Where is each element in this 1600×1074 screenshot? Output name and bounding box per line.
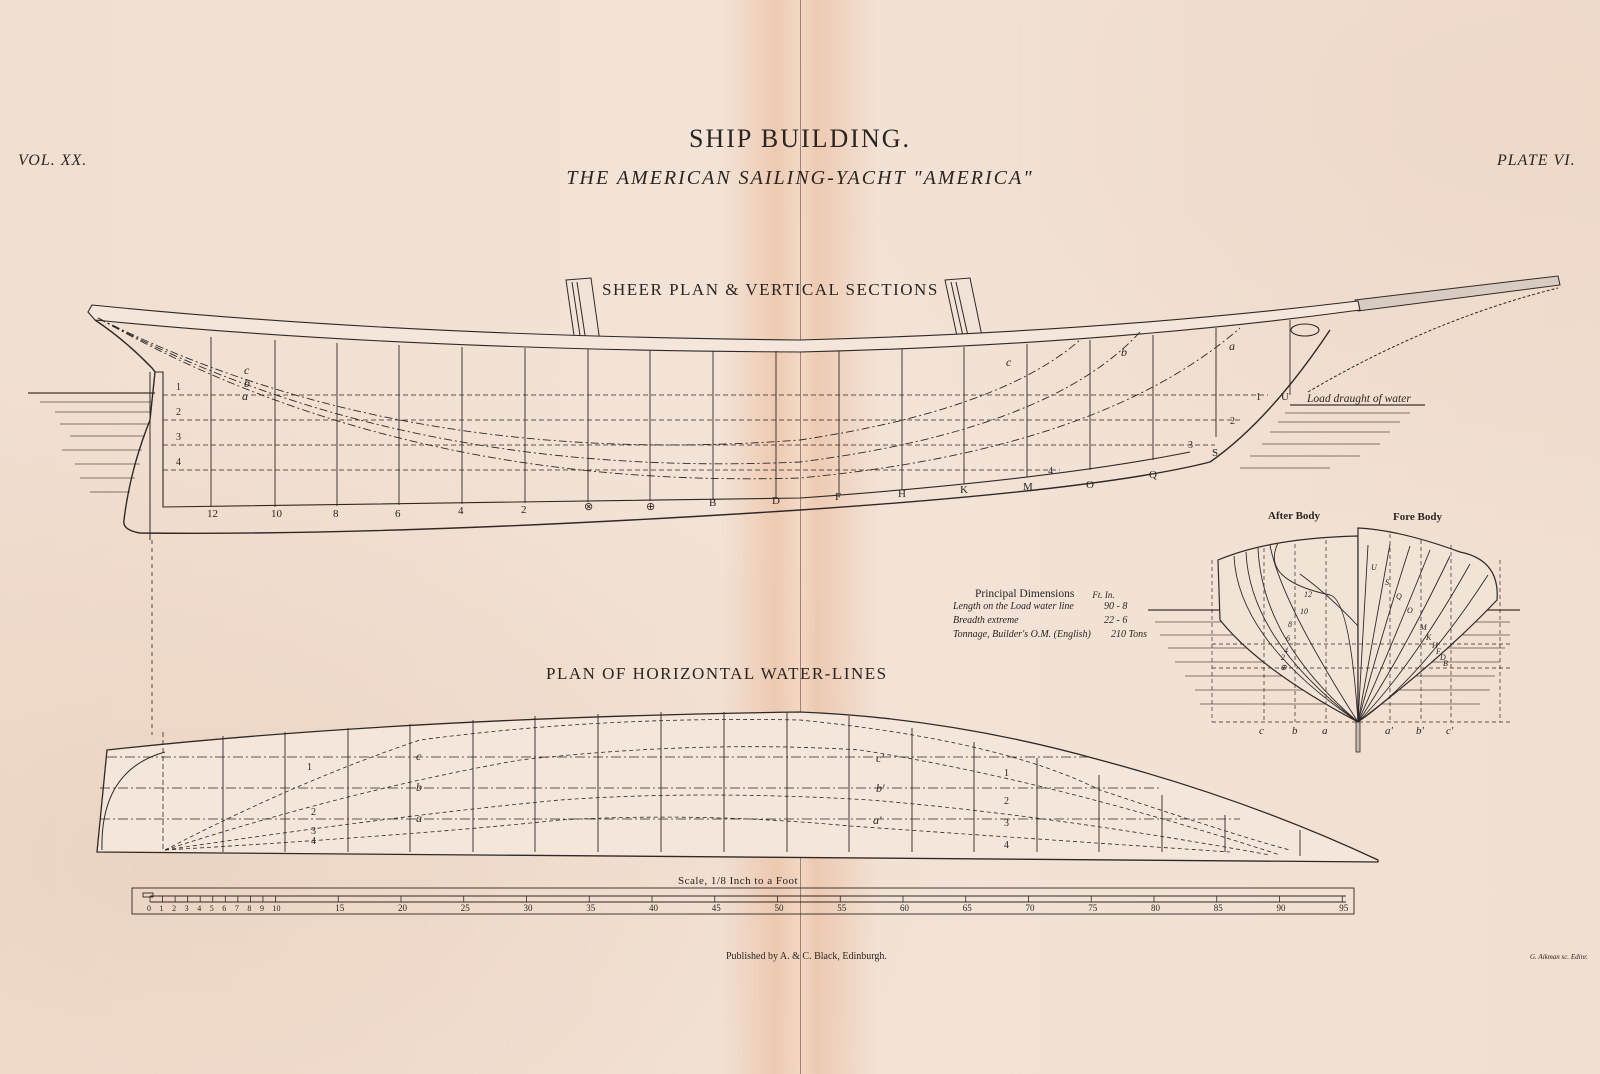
bp-a: a [1322,725,1328,737]
scale-tick-label: 95 [1339,903,1349,913]
dimension-value: 22 - 6 [1104,614,1152,628]
scale-tick-label: 30 [524,903,534,913]
bp-b: b [1292,725,1298,737]
station-label: S [1212,447,1218,459]
scale-ticks: 0123456789101520253035404550556065707580… [147,896,1349,913]
buttock-b: b [244,376,250,390]
principal-dimensions-table: Principal Dimensions Ft. In. Length on t… [953,588,1159,642]
dimension-value: 90 - 8 [1104,600,1152,614]
dimension-row: Length on the Load water line 90 - 8 [953,600,1159,614]
scale-tick-label: 2 [172,904,176,913]
wlp-num-3-fwd: 3 [1004,818,1009,829]
station-label: H [898,488,906,500]
dimensions-heading: Principal Dimensions [975,588,1074,600]
fore-section-label: S [1385,578,1389,587]
buttock-c: c [244,363,250,377]
ship-drawing: 12108642⊗⊕BDFHKMOQSU 0123456789101520253… [0,0,1600,1074]
station-label: 10 [271,508,283,520]
dimension-value: 210 Tons [1111,628,1159,642]
load-line-label: Load draught of water [1306,393,1411,405]
waterlines [163,395,1268,470]
scale-tick-label: 70 [1026,903,1036,913]
station-label: ⊕ [646,501,655,513]
after-section-label: 8 [1288,620,1292,629]
scale-tick-label: 0 [147,904,151,913]
wl-label-2: 2 [176,407,181,418]
wl-label-1: 1 [176,382,181,393]
station-label: 2 [521,504,527,516]
sheer-waterline-labels: 1 2 3 4 1 2 3 4 [176,382,1261,477]
dimension-row: Breadth extreme 22 - 6 [953,614,1159,628]
bp-a-prime: a' [1385,725,1394,737]
scale-tick-label: 15 [335,903,345,913]
wlp-num-1: 1 [307,762,312,773]
waterline-plan [97,712,1378,862]
after-section-label: 10 [1300,607,1308,616]
station-label: D [772,495,780,507]
water-hatching-right [1240,405,1425,468]
dimension-label: Tonnage, Builder's O.M. (English) [953,628,1105,642]
scale-tick-label: 7 [235,904,239,913]
publisher-credit: Published by A. & C. Black, Edinburgh. [726,951,887,962]
keel-inner-line [155,372,1190,507]
fore-body-label: Fore Body [1393,511,1442,523]
scale-tick-label: 4 [197,904,201,913]
station-label: Q [1149,469,1157,481]
dimension-row: Tonnage, Builder's O.M. (English) 210 To… [953,628,1159,642]
wlp-num-2-fwd: 2 [1004,796,1009,807]
engraver-credit: G. Aikman sc. Edinr. [1530,953,1588,961]
station-label: 6 [395,508,401,520]
buttock-a-fwd: a [1229,339,1235,353]
figurehead [1291,324,1319,336]
after-section-label: 2 [1281,653,1285,662]
fore-section-label: O [1407,606,1413,615]
scale-tick-label: 20 [398,903,408,913]
wlp-num-2: 2 [311,807,316,818]
scale-tick-label: 35 [586,903,596,913]
wlp-num-4-fwd: 4 [1004,840,1009,851]
after-section-label: ⊕ [1280,663,1287,672]
scale-title: Scale, 1/8 Inch to a Foot [678,875,798,887]
station-label: B [709,497,716,509]
scale-tick-label: 65 [963,903,973,913]
fore-section-label: B [1443,659,1448,668]
wlp-c-prime: c' [876,751,884,765]
buttock-b-fwd: b [1121,345,1127,359]
wl-label-2-fwd: 2 [1230,416,1235,427]
wlp-b-prime: b' [876,781,885,795]
sheer-station-labels: 12108642⊗⊕BDFHKMOQSU [207,391,1289,520]
wl-label-3: 3 [176,432,181,443]
wl-label-4: 4 [176,457,181,468]
scale-tick-label: 80 [1151,903,1161,913]
after-body-label: After Body [1268,510,1321,522]
scale-tick-label: 1 [160,904,164,913]
masts [566,278,982,342]
scale-bar [132,888,1354,914]
wlp-a: a [416,811,422,825]
wlp-num-4: 4 [311,836,316,847]
scale-tick-label: 25 [461,903,471,913]
scale-tick-label: 5 [210,904,214,913]
scale-tick-label: 75 [1088,903,1098,913]
scale-tick-label: 60 [900,903,910,913]
wl-label-1-fwd: 1 [1256,392,1261,403]
wlp-num-1-fwd: 1 [1004,768,1009,779]
station-label: M [1023,481,1033,493]
body-plan [1148,528,1520,752]
scale-tick-label: 50 [775,903,785,913]
bp-c: c [1259,725,1264,737]
station-label: F [835,491,841,503]
scale-tick-label: 45 [712,903,722,913]
wlp-a-prime: a' [873,813,882,827]
wl-label-3-fwd: 3 [1188,440,1193,451]
scale-tick-label: 10 [273,904,281,913]
dimensions-units: Ft. In. [1092,590,1114,600]
dimension-label: Breadth extreme [953,614,1098,628]
station-label: 4 [458,505,464,517]
station-label: 8 [333,508,339,520]
station-label: 12 [207,508,218,520]
station-label: U [1281,391,1289,403]
dimension-label: Length on the Load water line [953,600,1098,614]
fore-section-label: M [1419,623,1428,632]
after-section-label: 12 [1304,590,1312,599]
buttock-a: a [242,389,248,403]
fore-section-label: K [1425,633,1432,642]
bp-c-prime: c' [1446,725,1454,737]
scale-tick-label: 8 [247,904,251,913]
hull-sheer-line [88,301,1360,352]
fore-section-label: Q [1396,592,1402,601]
scale-tick-label: 9 [260,904,264,913]
wlp-c: c [416,749,422,763]
after-section-label: 6 [1286,634,1290,643]
water-hatching-left [28,393,155,492]
body-plan-headings: After Body Fore Body [1268,510,1442,523]
scale-tick-label: 90 [1277,903,1287,913]
wl-label-4-fwd: 4 [1048,466,1053,477]
wlp-b: b [416,780,422,794]
scale-tick-label: 85 [1214,903,1224,913]
buttock-c-fwd: c [1006,355,1012,369]
station-label: ⊗ [584,501,593,513]
scale-tick-label: 40 [649,903,659,913]
scale-tick-label: 55 [837,903,847,913]
bowsprit [1355,276,1560,311]
scale-tick-label: 6 [222,904,226,913]
station-label: K [960,484,968,496]
bp-b-prime: b' [1416,725,1425,737]
scale-tick-label: 3 [185,904,189,913]
station-label: O [1086,479,1094,491]
